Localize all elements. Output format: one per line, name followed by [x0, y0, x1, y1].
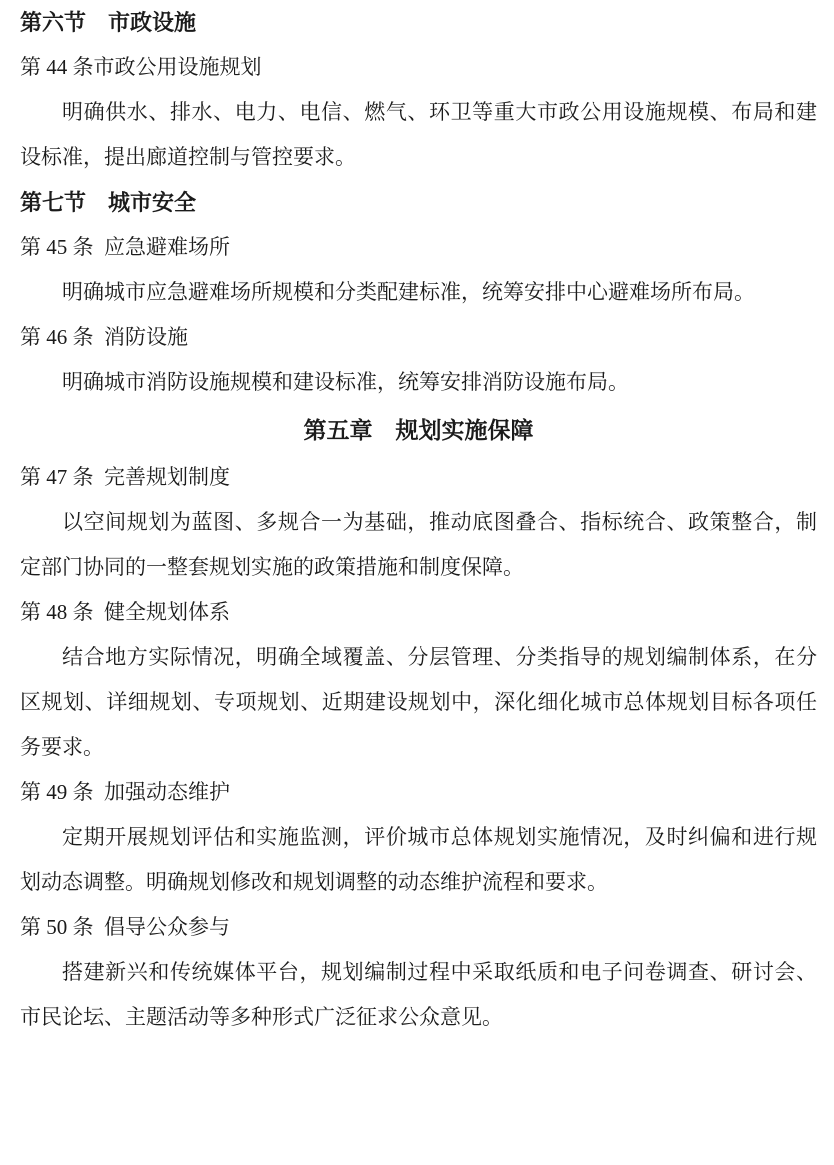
article-46-title: 第 46 条 消防设施: [20, 315, 817, 360]
chapter-5-heading: 第五章 规划实施保障: [20, 405, 817, 455]
document-page: 第六节 市政设施 第 44 条市政公用设施规划 明确供水、排水、电力、电信、燃气…: [0, 0, 834, 1165]
article-50-body: 搭建新兴和传统媒体平台，规划编制过程中采取纸质和电子问卷调查、研讨会、市民论坛、…: [20, 950, 817, 1040]
section-heading-7: 第七节 城市安全: [20, 180, 817, 225]
article-49-body: 定期开展规划评估和实施监测，评价城市总体规划实施情况，及时纠偏和进行规划动态调整…: [20, 815, 817, 905]
article-46-body: 明确城市消防设施规模和建设标准，统筹安排消防设施布局。: [20, 360, 817, 405]
article-47-body: 以空间规划为蓝图、多规合一为基础，推动底图叠合、指标统合、政策整合，制定部门协同…: [20, 500, 817, 590]
section-heading-6: 第六节 市政设施: [20, 0, 817, 45]
article-48-title: 第 48 条 健全规划体系: [20, 590, 817, 635]
article-49-title: 第 49 条 加强动态维护: [20, 770, 817, 815]
article-48-body: 结合地方实际情况，明确全域覆盖、分层管理、分类指导的规划编制体系，在分区规划、详…: [20, 635, 817, 770]
article-45-title: 第 45 条 应急避难场所: [20, 225, 817, 270]
article-44-title: 第 44 条市政公用设施规划: [20, 45, 817, 90]
article-45-body: 明确城市应急避难场所规模和分类配建标准，统筹安排中心避难场所布局。: [20, 270, 817, 315]
article-47-title: 第 47 条 完善规划制度: [20, 455, 817, 500]
article-50-title: 第 50 条 倡导公众参与: [20, 905, 817, 950]
article-44-body: 明确供水、排水、电力、电信、燃气、环卫等重大市政公用设施规模、布局和建设标准，提…: [20, 90, 817, 180]
